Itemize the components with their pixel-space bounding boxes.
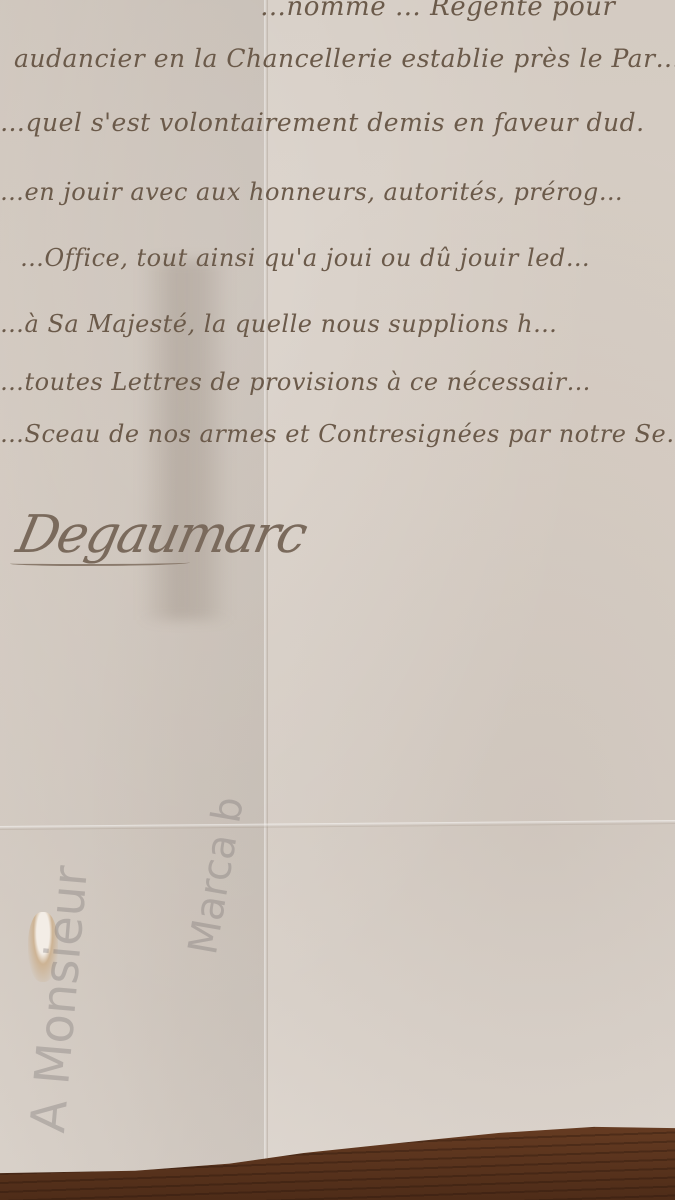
text-line-7: …toutes Lettres de provisions à ce néces… xyxy=(0,368,591,396)
text-line-8: …Sceau de nos armes et Contresignées par… xyxy=(0,420,675,448)
text-line-3: …quel s'est volontairement demis en fave… xyxy=(0,108,645,137)
text-line-5: …Office, tout ainsi qu'a joui ou dû joui… xyxy=(20,244,590,272)
manuscript-page: …nomme … Regente pour audancier en la Ch… xyxy=(0,0,675,1185)
text-line-2: audancier en la Chancellerie establie pr… xyxy=(14,44,675,73)
text-line-1: …nomme … Regente pour xyxy=(260,0,615,22)
text-line-4: …en jouir avec aux honneurs, autorités, … xyxy=(0,178,623,206)
signature: Degaumarc xyxy=(12,505,311,565)
text-line-6: …à Sa Majesté, la quelle nous supplions … xyxy=(0,310,558,338)
